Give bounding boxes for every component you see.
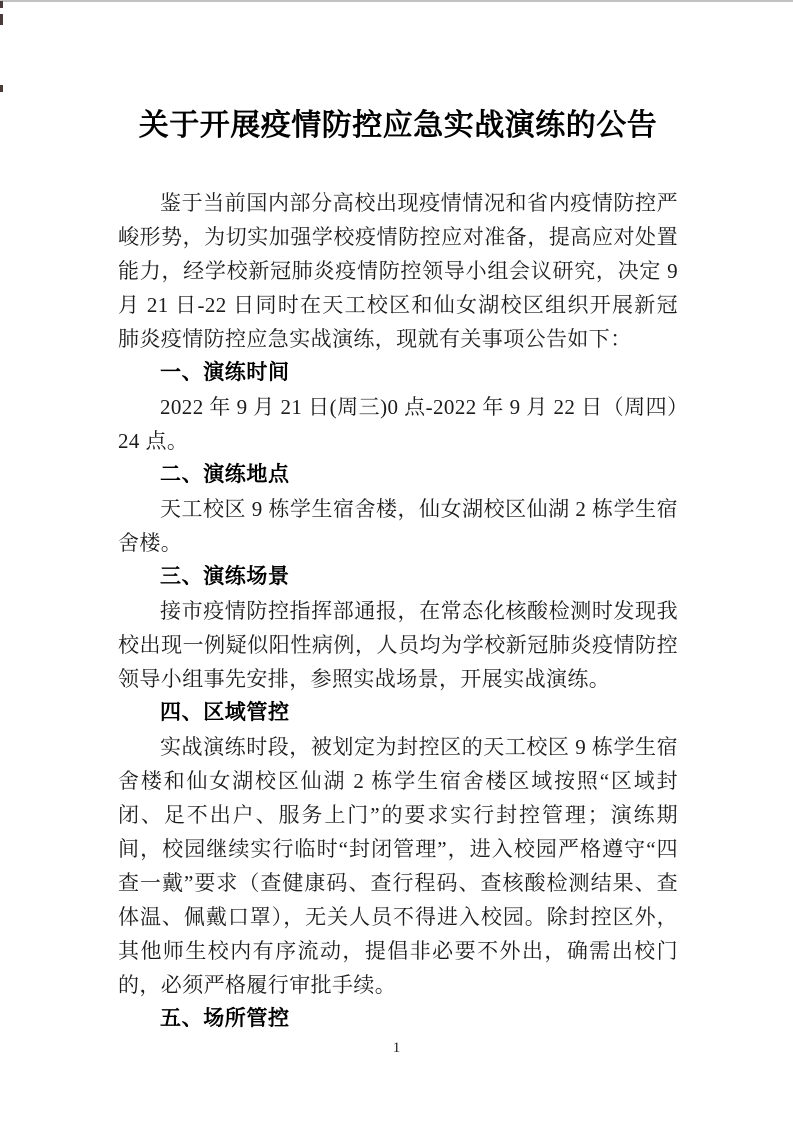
scan-artifact — [0, 85, 3, 92]
section-heading-1: 一、演练时间 — [118, 356, 678, 390]
section-heading-2: 二、演练地点 — [118, 458, 678, 492]
section-body-4: 实战演练时段，被划定为封控区的天工校区 9 栋学生宿舍楼和仙女湖校区仙湖 2 栋… — [118, 730, 678, 1002]
document-page: 关于开展疫情防控应急实战演练的公告 鉴于当前国内部分高校出现疫情情况和省内疫情防… — [0, 0, 793, 1122]
doc-title: 关于开展疫情防控应急实战演练的公告 — [118, 106, 678, 146]
scan-artifact — [0, 14, 3, 25]
document-body: 关于开展疫情防控应急实战演练的公告 鉴于当前国内部分高校出现疫情情况和省内疫情防… — [118, 96, 678, 1036]
intro-paragraph: 鉴于当前国内部分高校出现疫情情况和省内疫情防控严峻形势，为切实加强学校疫情防控应… — [118, 186, 678, 356]
section-heading-3: 三、演练场景 — [118, 560, 678, 594]
top-edge-line — [0, 0, 793, 2]
section-body-1: 2022 年 9 月 21 日(周三)0 点-2022 年 9 月 22 日（周… — [118, 390, 678, 458]
scan-artifact — [0, 1, 3, 8]
section-body-2: 天工校区 9 栋学生宿舍楼，仙女湖校区仙湖 2 栋学生宿舍楼。 — [118, 492, 678, 560]
page-number: 1 — [0, 1040, 793, 1057]
section-heading-5: 五、场所管控 — [118, 1002, 678, 1036]
section-heading-4: 四、区域管控 — [118, 696, 678, 730]
section-body-3: 接市疫情防控指挥部通报，在常态化核酸检测时发现我校出现一例疑似阳性病例，人员均为… — [118, 594, 678, 696]
